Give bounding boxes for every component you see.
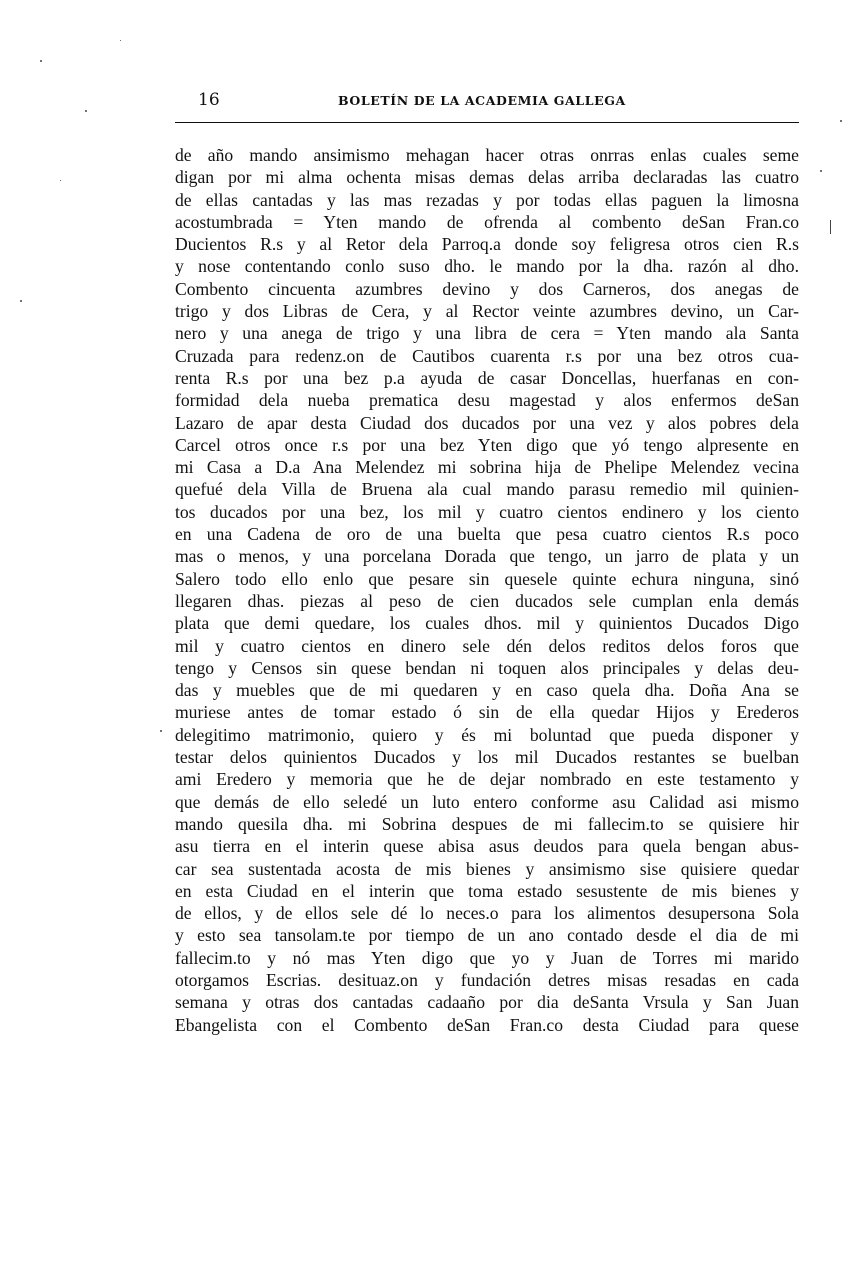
text-line: llegaren dhas. piezas al peso de cien du… [175, 590, 799, 612]
text-line: acostumbrada = Yten mando de ofrenda al … [175, 211, 799, 233]
text-line: car sea sustentada acosta de mis bienes … [175, 858, 799, 880]
scan-speck [120, 40, 121, 41]
text-line: testar delos quinientos Ducados y los mi… [175, 746, 799, 768]
text-line: Cruzada para redenz.on de Cautibos cuare… [175, 345, 799, 367]
text-line: mando quesila dha. mi Sobrina despues de… [175, 813, 799, 835]
text-line: mil y cuatro cientos en dinero sele dén … [175, 635, 799, 657]
text-line: mi Casa a D.a Ana Melendez mi sobrina hi… [175, 456, 799, 478]
text-line: nero y una anega de trigo y una libra de… [175, 322, 799, 344]
journal-title: BOLETÍN DE LA ACADEMIA GALLEGA [338, 93, 626, 108]
scan-speck [40, 60, 42, 62]
text-line: y nose contentando conlo suso dho. le ma… [175, 255, 799, 277]
text-line: en una Cadena de oro de una buelta que p… [175, 523, 799, 545]
text-line: formidad dela nueba prematica desu mages… [175, 389, 799, 411]
text-line: tengo y Censos sin quese bendan ni toque… [175, 657, 799, 679]
text-line: otorgamos Escrias. desituaz.on y fundaci… [175, 969, 799, 991]
text-line: tos ducados por una bez, los mil y cuatr… [175, 501, 799, 523]
text-line: semana y otras dos cantadas cadaaño por … [175, 991, 799, 1013]
text-line: que demás de ello seledé un luto entero … [175, 791, 799, 813]
text-line: Lazaro de apar desta Ciudad dos ducados … [175, 412, 799, 434]
text-line: Salero todo ello enlo que pesare sin que… [175, 568, 799, 590]
scan-speck [840, 120, 842, 122]
body-text: de año mando ansimismo mehagan hacer otr… [175, 144, 799, 1036]
scan-speck [160, 730, 162, 732]
scan-speck [85, 110, 87, 112]
text-line: das y muebles que de mi quedaren y en ca… [175, 679, 799, 701]
text-line: delegitimo matrimonio, quiero y és mi bo… [175, 724, 799, 746]
header-rule [175, 122, 799, 123]
text-line: muriese antes de tomar estado ó sin de e… [175, 701, 799, 723]
scanned-page: 16 BOLETÍN DE LA ACADEMIA GALLEGA de año… [0, 0, 850, 1278]
text-line: Combento cincuenta azumbres devino y dos… [175, 278, 799, 300]
text-line: fallecim.to y nó mas Yten digo que yo y … [175, 947, 799, 969]
text-line: asu tierra en el interin quese abisa asu… [175, 835, 799, 857]
text-line: Ebangelista con el Combento deSan Fran.c… [175, 1014, 799, 1036]
text-line: de año mando ansimismo mehagan hacer otr… [175, 144, 799, 166]
scan-speck [20, 300, 22, 302]
page-number: 16 [198, 90, 220, 110]
scan-speck [60, 180, 61, 181]
text-line: y esto sea tansolam.te por tiempo de un … [175, 924, 799, 946]
text-line: mas o menos, y una porcelana Dorada que … [175, 545, 799, 567]
text-line: de ellas cantadas y las mas rezadas y po… [175, 189, 799, 211]
text-line: quefué dela Villa de Bruena ala cual man… [175, 478, 799, 500]
running-head: 16 BOLETÍN DE LA ACADEMIA GALLEGA [198, 90, 798, 114]
text-line: renta R.s por una bez p.a ayuda de casar… [175, 367, 799, 389]
text-line: trigo y dos Libras de Cera, y al Rector … [175, 300, 799, 322]
scan-speck [830, 220, 831, 234]
text-line: de ellos, y de ellos sele dé lo neces.o … [175, 902, 799, 924]
scan-speck [820, 170, 822, 172]
text-line: Carcel otros once r.s por una bez Yten d… [175, 434, 799, 456]
text-line: en esta Ciudad en el interin que toma es… [175, 880, 799, 902]
text-line: ami Eredero y memoria que he de dejar no… [175, 768, 799, 790]
text-line: digan por mi alma ochenta misas demas de… [175, 166, 799, 188]
text-line: plata que demi quedare, los cuales dhos.… [175, 612, 799, 634]
text-line: Ducientos R.s y al Retor dela Parroq.a d… [175, 233, 799, 255]
